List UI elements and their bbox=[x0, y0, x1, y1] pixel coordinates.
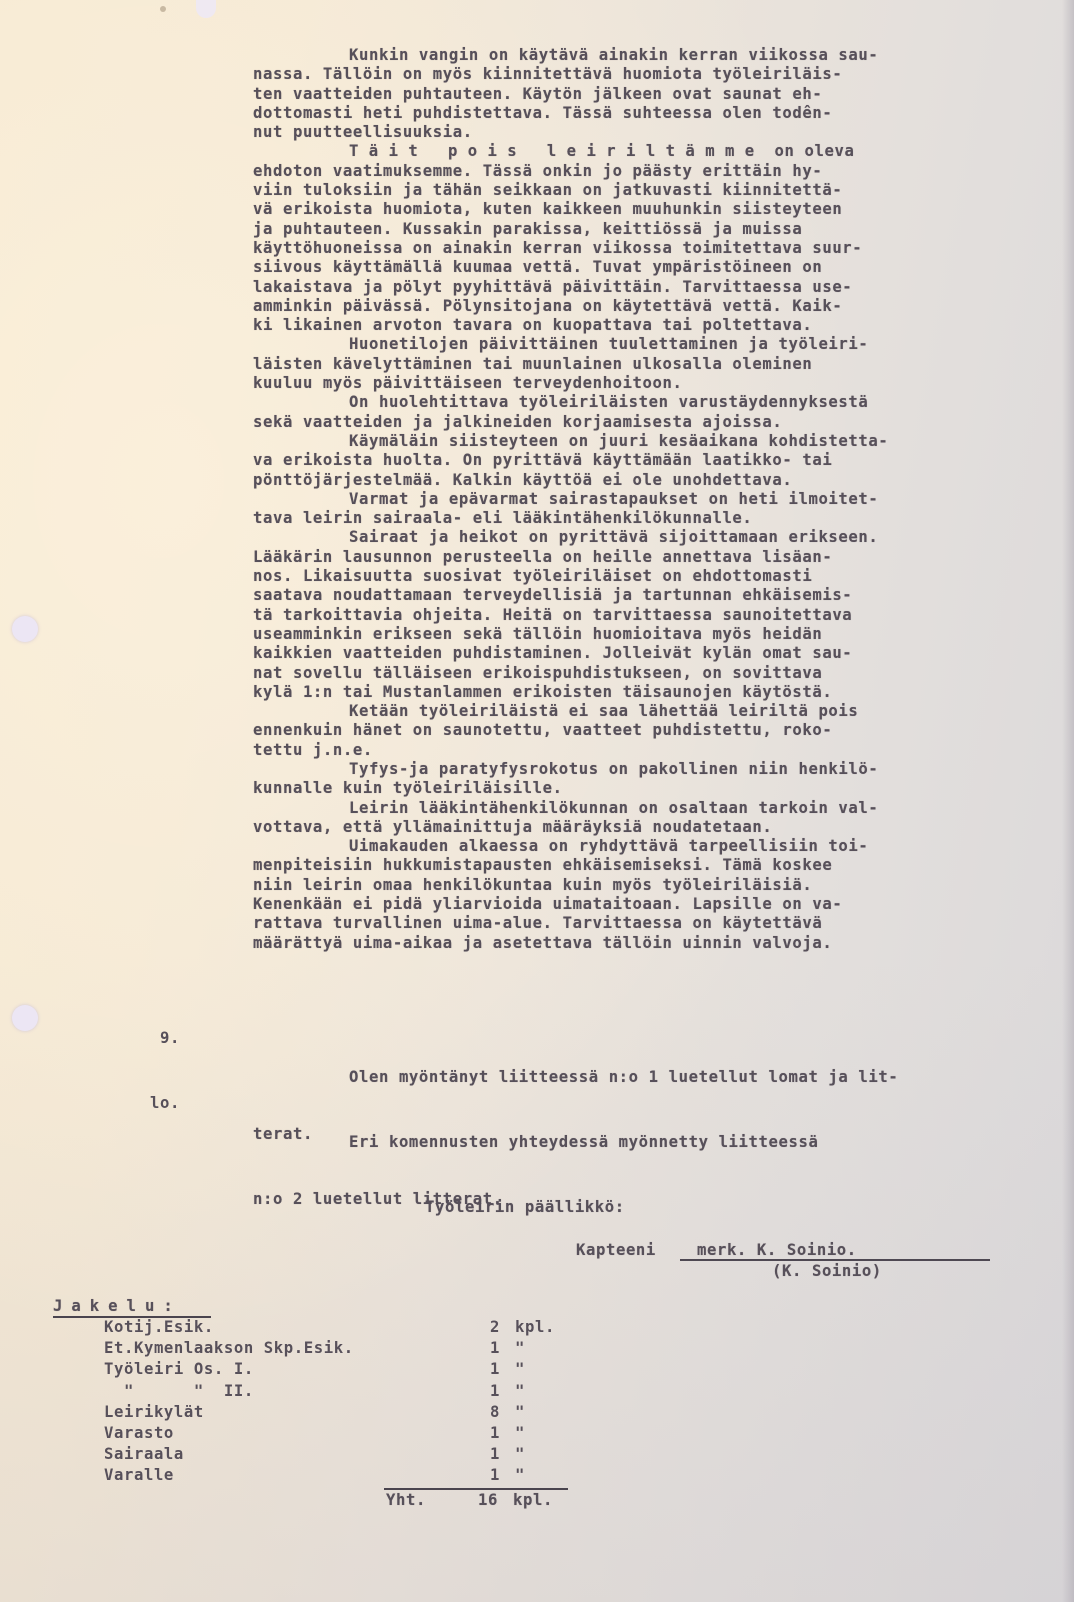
body-line: käyttöhuoneissa on ainakin kerran viikos… bbox=[253, 239, 888, 258]
body-line: Käymäläin siisteyteen on juuri kesäaikan… bbox=[253, 432, 888, 451]
paper-edge-shadow bbox=[1062, 0, 1074, 1602]
distribution-unit: kpl. bbox=[515, 1318, 555, 1336]
body-line: tava leirin sairaala- eli lääkintähenkil… bbox=[253, 509, 888, 528]
item-10-line-1: Eri komennusten yhteydessä myönnetty lii… bbox=[253, 1133, 818, 1152]
body-line: Ketään työleiriläistä ei saa lähettää le… bbox=[253, 702, 888, 721]
distribution-count: 2 bbox=[490, 1318, 500, 1336]
total-unit: kpl. bbox=[513, 1491, 553, 1510]
distribution-heading: Jakelu: bbox=[53, 1297, 182, 1316]
distribution-row: Varalle1" bbox=[104, 1466, 574, 1487]
body-line: läisten kävelyttäminen tai muunlainen ul… bbox=[253, 355, 888, 374]
body-line: nut puutteellisuuksia. bbox=[253, 123, 888, 142]
body-line: Leirin lääkintähenkilökunnan on osaltaan… bbox=[253, 799, 888, 818]
document-body: Kunkin vangin on käytävä ainakin kerran … bbox=[253, 46, 888, 953]
body-line: saatava noudattamaan terveydellisiä ja t… bbox=[253, 586, 888, 605]
body-line: nos. Likaisuutta suosivat työleiriläiset… bbox=[253, 567, 888, 586]
punch-hole-upper bbox=[12, 616, 38, 642]
body-line: kunnalle kuin työleiriläisille. bbox=[253, 779, 888, 798]
signature-signed: merk. K. Soinio. bbox=[677, 1241, 857, 1260]
distribution-name: Leirikylät bbox=[104, 1403, 204, 1421]
distribution-row: Kotij.Esik.2kpl. bbox=[104, 1318, 574, 1339]
distribution-count: 8 bbox=[490, 1403, 500, 1421]
body-line: Kunkin vangin on käytävä ainakin kerran … bbox=[253, 46, 888, 65]
body-line: määrättyä uima-aikaa ja asetettava tällö… bbox=[253, 934, 888, 953]
body-line: nassa. Tällöin on myös kiinnitettävä huo… bbox=[253, 65, 888, 84]
body-line: pönttöjärjestelmää. Kalkin käyttöä ei ol… bbox=[253, 471, 888, 490]
distribution-unit: " bbox=[515, 1360, 525, 1378]
distribution-row: Työleiri Os. I.1" bbox=[104, 1360, 574, 1381]
distribution-row: Et.Kymenlaakson Skp.Esik.1" bbox=[104, 1339, 574, 1360]
body-line: Varmat ja epävarmat sairastapaukset on h… bbox=[253, 490, 888, 509]
body-line: lakaistava ja pölyt pyyhittävä päivittäi… bbox=[253, 278, 888, 297]
distribution-name: Varalle bbox=[104, 1466, 174, 1484]
body-line: rattava turvallinen uima-alue. Tarvittae… bbox=[253, 914, 888, 933]
body-line: Sairaat ja heikot on pyrittävä sijoittam… bbox=[253, 528, 888, 547]
body-line: siivous käyttämällä kuumaa vettä. Tuvat … bbox=[253, 258, 888, 277]
distribution-row: " " II.1" bbox=[104, 1382, 574, 1403]
body-line: ehdoton vaatimuksemme. Tässä onkin jo pä… bbox=[253, 162, 888, 181]
distribution-name: Kotij.Esik. bbox=[104, 1318, 214, 1336]
signature-name: (K. Soinio) bbox=[772, 1262, 882, 1281]
distribution-unit: " bbox=[515, 1445, 525, 1463]
body-line: tä tarkoittavia ohjeita. Heitä on tarvit… bbox=[253, 606, 888, 625]
body-line-text: on oleva bbox=[765, 142, 855, 160]
body-line: Tyfys-ja paratyfysrokotus on pakollinen … bbox=[253, 760, 888, 779]
distribution-unit: " bbox=[515, 1339, 525, 1357]
body-line: ki likainen arvoton tavara on kuopattava… bbox=[253, 316, 888, 335]
body-line: tettu j.n.e. bbox=[253, 741, 888, 760]
distribution-unit: " bbox=[515, 1424, 525, 1442]
body-line: On huolehtittava työleiriläisten varustä… bbox=[253, 393, 888, 412]
paper-speck bbox=[160, 6, 166, 12]
item-9-line-1: Olen myöntänyt liitteessä n:o 1 luetellu… bbox=[253, 1068, 898, 1087]
distribution-name: " " II. bbox=[104, 1382, 254, 1400]
distribution-row: Leirikylät8" bbox=[104, 1403, 574, 1424]
body-line: useamminkin erikseen sekä tällöin huomio… bbox=[253, 625, 888, 644]
body-line: kuuluu myös päivittäiseen terveydenhoito… bbox=[253, 374, 888, 393]
distribution-count: 1 bbox=[490, 1339, 500, 1357]
body-line: Uimakauden alkaessa on ryhdyttävä tarpee… bbox=[253, 837, 888, 856]
body-line: Täit pois leiriltämme on oleva bbox=[253, 142, 888, 161]
distribution-count: 1 bbox=[490, 1466, 500, 1484]
item-number-10: lo. bbox=[150, 1094, 180, 1112]
body-line: menpiteisiin hukkumistapausten ehkäisemi… bbox=[253, 856, 888, 875]
signature-title: Työleirin päällikkö: bbox=[425, 1198, 625, 1217]
distribution-unit: " bbox=[515, 1403, 525, 1421]
body-line: vä erikoista huomiota, kuten kaikkeen mu… bbox=[253, 200, 888, 219]
body-line: Kenenkään ei pidä yliarvioida uimataitoa… bbox=[253, 895, 888, 914]
body-line: ten vaatteiden puhtauteen. Käytön jälkee… bbox=[253, 85, 888, 104]
distribution-count: 1 bbox=[490, 1382, 500, 1400]
body-line: niin leirin omaa henkilökuntaa kuin myös… bbox=[253, 876, 888, 895]
spaced-emphasis: Täit pois leiriltämme bbox=[349, 142, 765, 160]
body-line: dottomasti heti puhdistettava. Tässä suh… bbox=[253, 104, 888, 123]
body-line: Lääkärin lausunnon perusteella on heille… bbox=[253, 548, 888, 567]
distribution-row: Varasto1" bbox=[104, 1424, 574, 1445]
body-line: va erikoista huolta. On pyrittävä käyttä… bbox=[253, 451, 888, 470]
total-count: 16 bbox=[478, 1491, 498, 1510]
body-line: amminkin päivässä. Pölynsitojana on käyt… bbox=[253, 297, 888, 316]
punch-hole-lower bbox=[12, 1005, 38, 1031]
body-line: nat sovellu tälläiseen erikoispuhdistuks… bbox=[253, 664, 888, 683]
distribution-unit: " bbox=[515, 1466, 525, 1484]
distribution-name: Työleiri Os. I. bbox=[104, 1360, 254, 1378]
item-number-9: 9. bbox=[160, 1029, 180, 1047]
body-line: Huonetilojen päivittäinen tuulettaminen … bbox=[253, 335, 888, 354]
total-rule bbox=[384, 1488, 568, 1490]
body-line: ennenkuin hänet on saunotettu, vaatteet … bbox=[253, 721, 888, 740]
body-line: kaikkien vaatteiden puhdistaminen. Jolle… bbox=[253, 644, 888, 663]
body-line: ja puhtauteen. Kussakin parakissa, keitt… bbox=[253, 220, 888, 239]
distribution-count: 1 bbox=[490, 1360, 500, 1378]
total-label: Yht. bbox=[386, 1491, 426, 1510]
distribution-row: Sairaala1" bbox=[104, 1445, 574, 1466]
body-line: kylä 1:n tai Mustanlammen erikoisten täi… bbox=[253, 683, 888, 702]
distribution-count: 1 bbox=[490, 1445, 500, 1463]
distribution-name: Varasto bbox=[104, 1424, 174, 1442]
distribution-unit: " bbox=[515, 1382, 525, 1400]
signature-rank: Kapteeni bbox=[576, 1241, 656, 1260]
distribution-name: Et.Kymenlaakson Skp.Esik. bbox=[104, 1339, 354, 1357]
paper-tear bbox=[196, 0, 216, 18]
distribution-name: Sairaala bbox=[104, 1445, 184, 1463]
distribution-count: 1 bbox=[490, 1424, 500, 1442]
body-line: viin tuloksiin ja tähän seikkaan on jatk… bbox=[253, 181, 888, 200]
body-line: vottava, että yllämainittuja määräyksiä … bbox=[253, 818, 888, 837]
body-line: sekä vaatteiden ja jalkineiden korjaamis… bbox=[253, 413, 888, 432]
signature-line bbox=[680, 1259, 990, 1261]
